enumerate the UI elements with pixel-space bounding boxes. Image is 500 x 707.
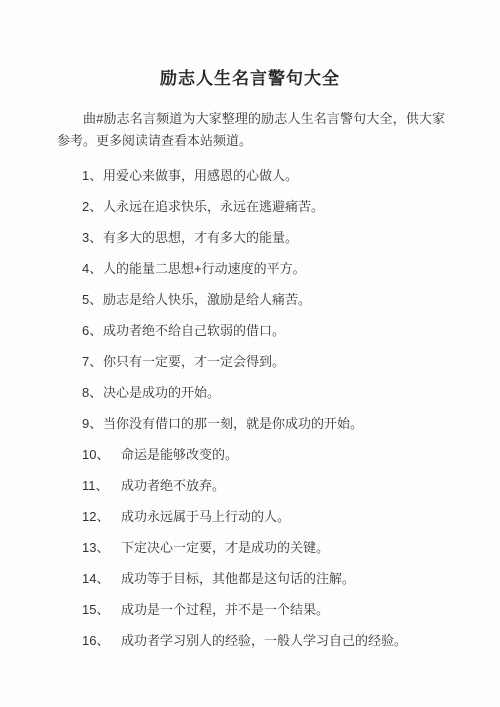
quote-number: 5、 <box>82 289 103 308</box>
quote-number: 2、 <box>82 196 103 215</box>
quote-list: 1、 用爱心来做事，用感恩的心做人。 2、 人永远在追求快乐，永远在逃避痛苦。 … <box>0 159 500 655</box>
quote-text: 人永远在追求快乐，永远在逃避痛苦。 <box>103 196 324 215</box>
quote-number: 8、 <box>82 382 103 401</box>
quote-number: 3、 <box>82 227 103 246</box>
quote-text: 成功永远属于马上行动的人。 <box>121 506 290 525</box>
quote-number: 15、 <box>82 599 121 618</box>
quote-number: 6、 <box>82 320 103 339</box>
quote-number: 1、 <box>82 165 103 184</box>
quote-item: 7、 你只有一定要，才一定会得到。 <box>0 345 500 376</box>
page-title: 励志人生名言警句大全 <box>0 0 500 89</box>
quote-item: 14、 成功等于目标，其他都是这句话的注解。 <box>0 562 500 593</box>
quote-item: 8、 决心是成功的开始。 <box>0 376 500 407</box>
quote-number: 7、 <box>82 351 103 370</box>
quote-text: 当你没有借口的那一刻，就是你成功的开始。 <box>103 413 363 432</box>
quote-item: 1、 用爱心来做事，用感恩的心做人。 <box>0 159 500 190</box>
quote-number: 12、 <box>82 506 121 525</box>
quote-number: 16、 <box>82 630 121 649</box>
quote-text: 人的能量二思想+行动速度的平方。 <box>103 258 306 277</box>
document-page: 励志人生名言警句大全 曲#励志名言频道为大家整理的励志人生名言警句大全，供大家参… <box>0 0 500 707</box>
quote-text: 用爱心来做事，用感恩的心做人。 <box>103 165 298 184</box>
quote-number: 4、 <box>82 258 103 277</box>
quote-item: 3、 有多大的思想，才有多大的能量。 <box>0 221 500 252</box>
quote-text: 有多大的思想，才有多大的能量。 <box>103 227 298 246</box>
quote-item: 11、 成功者绝不放弃。 <box>0 469 500 500</box>
intro-paragraph: 曲#励志名言频道为大家整理的励志人生名言警句大全，供大家参考。更多阅读请查看本站… <box>57 108 445 152</box>
quote-number: 11、 <box>82 475 121 494</box>
quote-text: 成功者学习别人的经验，一般人学习自己的经验。 <box>121 630 407 649</box>
quote-number: 13、 <box>82 537 121 556</box>
quote-item: 16、 成功者学习别人的经验，一般人学习自己的经验。 <box>0 624 500 655</box>
quote-text: 命运是能够改变的。 <box>121 444 238 463</box>
quote-text: 下定决心一定要，才是成功的关键。 <box>121 537 329 556</box>
quote-text: 成功等于目标，其他都是这句话的注解。 <box>121 568 355 587</box>
quote-text: 成功者绝不放弃。 <box>121 475 225 494</box>
quote-item: 12、 成功永远属于马上行动的人。 <box>0 500 500 531</box>
quote-item: 5、 励志是给人快乐，激励是给人痛苦。 <box>0 283 500 314</box>
quote-number: 9、 <box>82 413 103 432</box>
quote-item: 9、 当你没有借口的那一刻，就是你成功的开始。 <box>0 407 500 438</box>
quote-text: 成功者绝不给自己软弱的借口。 <box>103 320 285 339</box>
quote-item: 4、 人的能量二思想+行动速度的平方。 <box>0 252 500 283</box>
quote-text: 你只有一定要，才一定会得到。 <box>103 351 285 370</box>
quote-number: 10、 <box>82 444 121 463</box>
quote-item: 10、 命运是能够改变的。 <box>0 438 500 469</box>
quote-text: 励志是给人快乐，激励是给人痛苦。 <box>103 289 311 308</box>
quote-item: 2、 人永远在追求快乐，永远在逃避痛苦。 <box>0 190 500 221</box>
quote-text: 成功是一个过程，并不是一个结果。 <box>121 599 329 618</box>
quote-item: 13、 下定决心一定要，才是成功的关键。 <box>0 531 500 562</box>
quote-number: 14、 <box>82 568 121 587</box>
quote-item: 15、 成功是一个过程，并不是一个结果。 <box>0 593 500 624</box>
quote-text: 决心是成功的开始。 <box>103 382 220 401</box>
quote-item: 6、 成功者绝不给自己软弱的借口。 <box>0 314 500 345</box>
